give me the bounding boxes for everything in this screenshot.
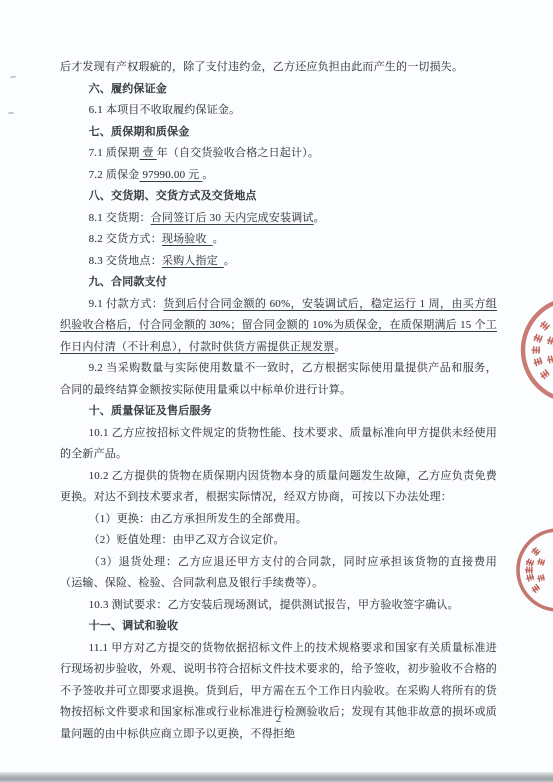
clause-10-2-item-2: （2）贬值处理：由甲乙双方合议定价。 bbox=[60, 530, 497, 552]
clause-10-heading: 十、质量保证及售后服务 bbox=[60, 401, 497, 423]
clause-9-1-payment-terms: 9.1 付款方式：货到后付合同金额的 60%，安装调试后，稳定运行 1 周，由买… bbox=[60, 294, 497, 359]
clause-9-heading: 九、合同款支付 bbox=[60, 272, 497, 294]
clause-6-heading: 六、履约保证金 bbox=[60, 79, 497, 101]
scan-artifact-mark bbox=[10, 76, 16, 79]
clause-7-heading: 七、质保期和质保金 bbox=[60, 122, 497, 144]
scan-artifact-mark bbox=[8, 112, 14, 115]
scanner-edge-band bbox=[0, 772, 553, 782]
page-number: 2 bbox=[60, 713, 497, 725]
clause-8-1-delivery-time: 8.1 交货期：合同签订后 30 天内完成安装调试。 bbox=[60, 208, 497, 230]
clause-10-2-item-1: （1）更换：由乙方承担所发生的全部费用。 bbox=[60, 509, 497, 531]
clause-7-2-warranty-amount: 7.2 质保金 97990.00 元 。 bbox=[60, 165, 497, 187]
clause-10-1: 10.1 乙方应按招标文件规定的货物性能、技术要求、质量标准向甲方提供未经使用的… bbox=[60, 423, 497, 466]
clause-9-2-settlement: 9.2 当采购数量与实际使用数量不一致时，乙方根据实际使用量提供产品和服务，合同… bbox=[60, 358, 497, 401]
clause-10-3-test-requirement: 10.3 测试要求：乙方安装后现场测试，提供测试报告，甲方验收签字确认。 bbox=[60, 595, 497, 617]
clause-10-2-item-3: （3）退货处理：乙方应退还甲方支付的合同款，同时应承担该货物的直接费用（运输、保… bbox=[60, 552, 497, 595]
clause-8-heading: 八、交货期、交货方式及交货地点 bbox=[60, 186, 497, 208]
clause-8-3-delivery-place: 8.3 交货地点：采购人指定 。 bbox=[60, 251, 497, 273]
contract-scan-page: 后才发现有产权瑕疵的，除了支付违约金，乙方还应负担由此而产生的一切损失。 六、履… bbox=[0, 0, 553, 782]
clause-8-2-delivery-method: 8.2 交货方式：现场验收 。 bbox=[60, 229, 497, 251]
clause-5-continuation-text: 后才发现有产权瑕疵的，除了支付违约金，乙方还应负担由此而产生的一切损失。 bbox=[60, 57, 497, 79]
clause-11-heading: 十一、调试和验收 bbox=[60, 616, 497, 638]
clause-11-1-acceptance: 11.1 甲方对乙方提交的货物依据招标文件上的技术规格要求和国家有关质量标准进行… bbox=[60, 638, 497, 746]
round-seal-stamp-top-icon bbox=[516, 292, 553, 410]
clause-6-1: 6.1 本项目不收取履约保证金。 bbox=[60, 100, 497, 122]
clause-7-1-warranty-period: 7.1 质保期 壹 年（自交货验收合格之日起计）。 bbox=[60, 143, 497, 165]
clause-10-2: 10.2 乙方提供的货物在质保期内因货物本身的质量问题发生故障，乙方应负责免费更… bbox=[60, 466, 497, 509]
contract-body: 后才发现有产权瑕疵的，除了支付违约金，乙方还应负担由此而产生的一切损失。 六、履… bbox=[60, 57, 497, 745]
round-seal-stamp-bottom-icon bbox=[512, 524, 553, 618]
